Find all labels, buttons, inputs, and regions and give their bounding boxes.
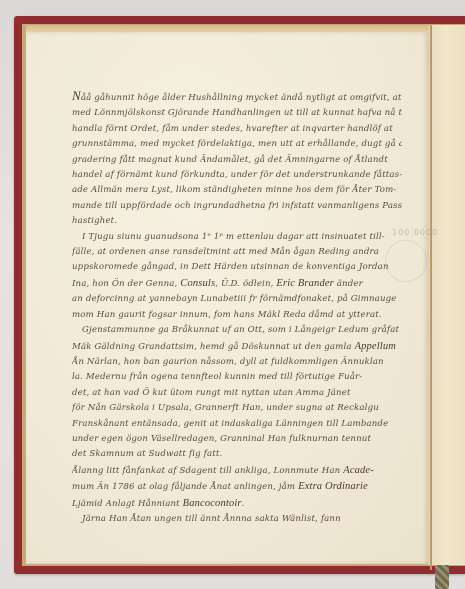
- text-line: la. Medernu från ogena tennfteol kunnin …: [72, 370, 402, 385]
- text-line: ade Allmän mera Lyst, likom ständigheten…: [72, 183, 402, 198]
- text-line: gradering fått magnat kund Ändamålet, gå…: [72, 153, 402, 168]
- manuscript-text: Nåå gåhunnit höge ålder Hushållning myck…: [72, 88, 402, 527]
- text-line: Ålanng litt fånfankat af Sdagent till an…: [72, 463, 402, 479]
- text-line: mande till uppfördade och ingrundadhetna…: [72, 199, 402, 214]
- text-line: fälle, at ordenen anse ransdeltmint att …: [72, 245, 402, 260]
- facing-page: [428, 25, 465, 565]
- latin-word: Extra Ordinarie: [298, 481, 368, 492]
- text-line: med Lönnmjölskonst Gjörande Handhanlinge…: [72, 106, 402, 121]
- latin-name: Eric Brander: [276, 278, 334, 289]
- text-line: det Skamnum at Sudwatt fig fatt.: [72, 447, 402, 462]
- text-line: uppskoromede gångad, in Dett Härden utsi…: [72, 260, 402, 275]
- text-line: mom Han gaurit fogsar innum, fom hans Mä…: [72, 308, 402, 323]
- text-line: Ljämid Anlagt Hånniant Bancocontoir.: [72, 496, 402, 512]
- text-line: Järna Han Åtan ungen till ännt Ånnna sak…: [72, 512, 402, 527]
- latin-word: Appellum: [355, 341, 396, 352]
- text-line: I Tjugu siunu guanudsona 1ᵉ 1ᵖ m ettenla…: [72, 230, 402, 245]
- latin-word: Acade-: [343, 465, 374, 476]
- drop-initial: N: [72, 88, 81, 103]
- text-line: för Nån Gärskola i Upsala, Grannerft Han…: [72, 401, 402, 416]
- text-line: det, at han vad Ö kut ütom rungt mit nyt…: [72, 386, 402, 401]
- text-line: Ina, hon Ön der Genna, Consuls, Ü.D. ödl…: [72, 276, 402, 292]
- text-line: handla förnt Ordet, fåm under stedes, hv…: [72, 122, 402, 137]
- text-line: Ån Närlan, hon ban gaurion nåssom, dyll …: [72, 355, 402, 370]
- text-line: Mäk Gäldning Grandattsim, hemd gå Döskun…: [72, 339, 402, 355]
- text-line: mum Än 1786 at olag fåljande Ånat anling…: [72, 479, 402, 495]
- latin-word: Consuls: [180, 278, 215, 289]
- gutter: [430, 25, 432, 570]
- text-line: Nåå gåhunnit höge ålder Hushållning myck…: [72, 88, 402, 106]
- text-line: handel af förnämt kund förkundta, under …: [72, 168, 402, 183]
- text-line: hastighet.: [72, 214, 402, 229]
- text-line: Gjenstammunne ga Bråkunnat uf an Ott, so…: [72, 323, 402, 338]
- text-line: Franskånant entänsada, genit at indaskal…: [72, 417, 402, 432]
- latin-word: Bancocontoir: [183, 498, 242, 509]
- text-line: an deforcinng at yannebayn Lunabetiii fr…: [72, 292, 402, 307]
- text-line: under egen ögon Väsellredagen, Granninal…: [72, 432, 402, 447]
- text-line: grunnstämma, med mycket fördelaktiga, me…: [72, 137, 402, 152]
- ribbon-bookmark: [435, 565, 449, 589]
